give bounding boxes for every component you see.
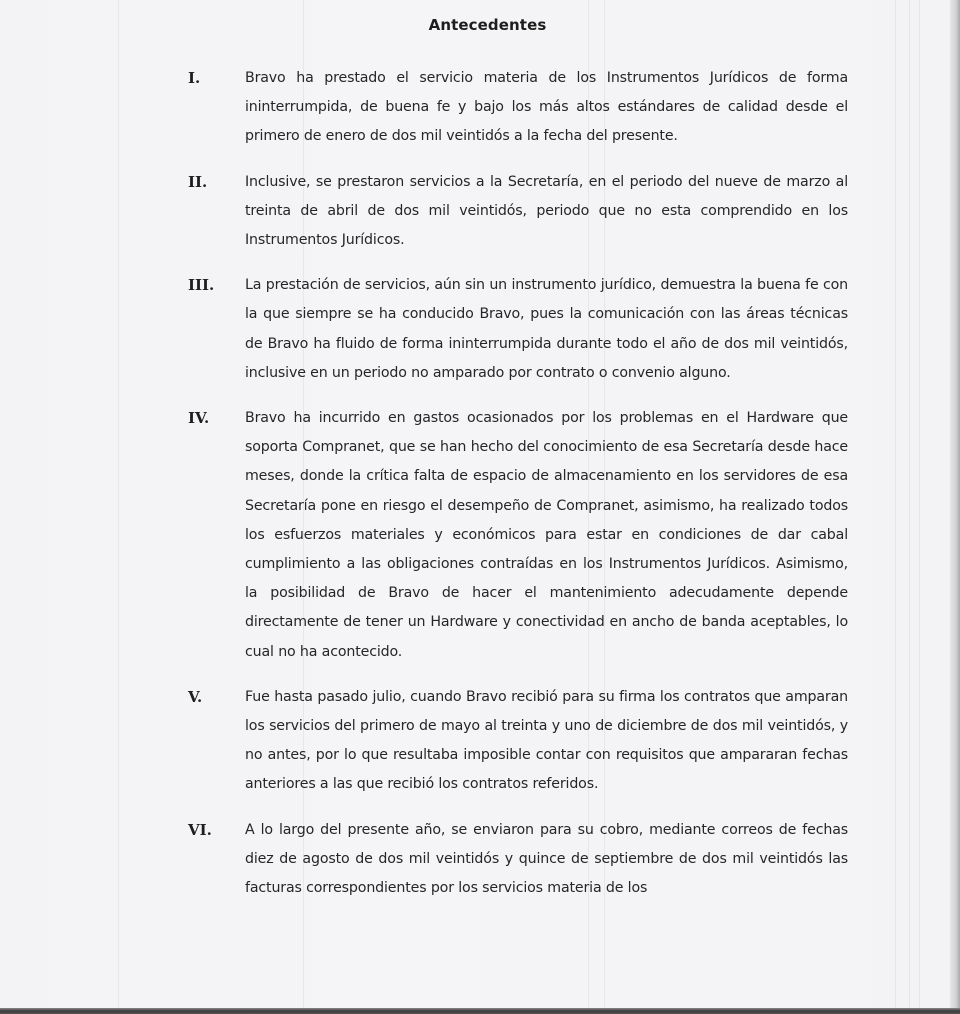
list-item: IV. Bravo ha incurrido en gastos ocasion… <box>188 404 848 667</box>
item-text: La prestación de servicios, aún sin un i… <box>245 271 848 388</box>
list-item: II. Inclusive, se prestaron servicios a … <box>188 168 848 256</box>
item-text: Fue hasta pasado julio, cuando Bravo rec… <box>245 683 848 800</box>
page-bottom-edge <box>0 1008 960 1014</box>
item-text: Bravo ha prestado el servicio materia de… <box>245 64 848 152</box>
item-text: Bravo ha incurrido en gastos ocasionados… <box>245 404 848 667</box>
item-numeral: V. <box>188 683 245 800</box>
scan-streak <box>909 0 910 1008</box>
item-text: A lo largo del presente año, se enviaron… <box>245 816 848 904</box>
page-edge <box>950 0 960 1008</box>
item-numeral: IV. <box>188 404 245 667</box>
item-numeral: II. <box>188 168 245 256</box>
item-numeral: III. <box>188 271 245 388</box>
scanned-page: Antecedentes I. Bravo ha prestado el ser… <box>0 0 950 1008</box>
list-item: VI. A lo largo del presente año, se envi… <box>188 816 848 904</box>
item-numeral: I. <box>188 64 245 152</box>
item-text: Inclusive, se prestaron servicios a la S… <box>245 168 848 256</box>
section-heading: Antecedentes <box>0 16 950 34</box>
list-item: III. La prestación de servicios, aún sin… <box>188 271 848 388</box>
scan-streak <box>895 0 896 1008</box>
list-item: I. Bravo ha prestado el servicio materia… <box>188 64 848 152</box>
antecedentes-list: I. Bravo ha prestado el servicio materia… <box>188 64 848 919</box>
list-item: V. Fue hasta pasado julio, cuando Bravo … <box>188 683 848 800</box>
item-numeral: VI. <box>188 816 245 904</box>
scan-streak <box>118 0 119 1008</box>
scan-streak <box>919 0 920 1008</box>
